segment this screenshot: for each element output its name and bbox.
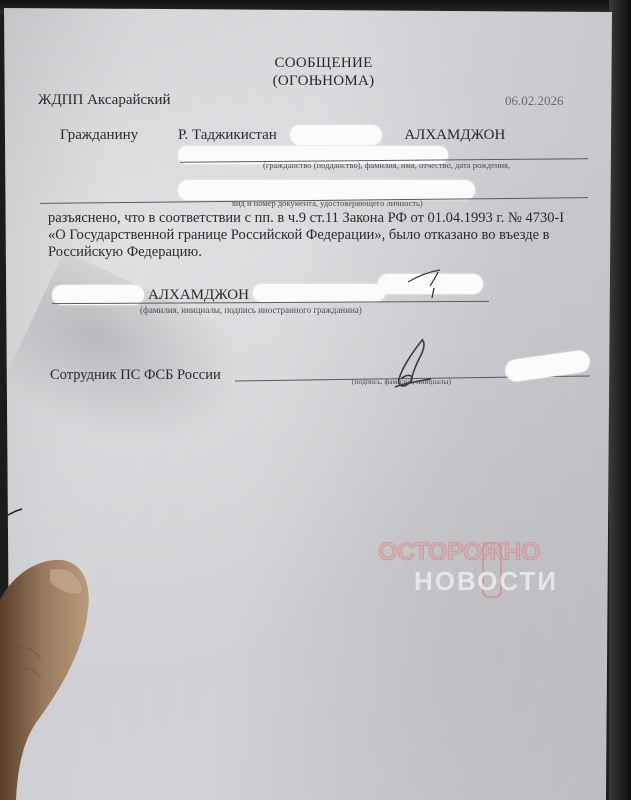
background-dark-edge [609,0,631,800]
redaction-signer-details-1 [253,284,385,302]
organization: ЖДПП Аксарайский [38,92,171,109]
document-subtitle: (ОГОЊНОМА) [8,73,631,90]
body-line: разъяснено, что в соответствии с пп. в ч… [48,210,588,227]
watermark-line1: ОСТОРОЖНО [378,538,540,567]
officer-label: Сотрудник ПС ФСБ России [50,367,221,384]
recipient-name: АЛХАМДЖОН [404,127,505,143]
recipient-label: Гражданину [60,127,138,144]
redaction-recipient-surname [290,125,382,145]
body-line: «О Государственной границе Российской Фе… [48,227,588,244]
document-title: СООБЩЕНИЕ [8,55,631,72]
ink-mark-icon [2,505,26,521]
watermark-line2: НОВОСТИ [414,566,558,597]
body-line: Российскую Федерацию. [48,244,588,261]
thumb-photo [0,540,110,800]
caption-document: вид и номер документа, удостоверяющего л… [232,198,423,208]
watermark-logo: ОСТОРОЖНО НОВОСТИ [378,538,578,600]
recipient-country: Р. Таджикистан [178,127,277,143]
redaction-identity-document [178,180,475,200]
document-date: 06.02.2026 [505,93,564,109]
signature-officer-icon [385,335,445,395]
caption-signer: (фамилия, инициалы, подпись иностранного… [140,305,362,315]
caption-identity: (гражданство (подданство), фамилия, имя,… [263,160,510,170]
body-text: разъяснено, что в соответствии с пп. в ч… [48,210,588,261]
